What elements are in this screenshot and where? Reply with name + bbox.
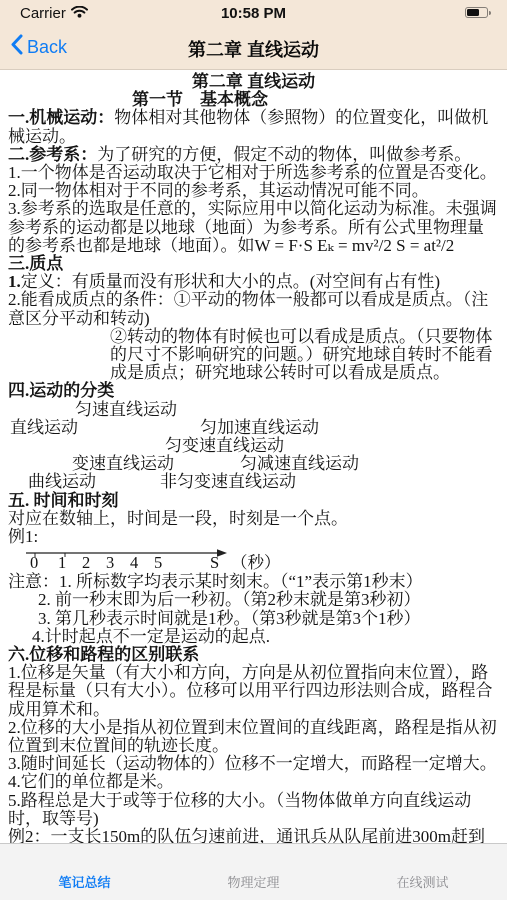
section-heading: 第二章 直线运动 [8, 73, 499, 91]
note-line: ②转动的物体有时候也可以看成是质点。（只要物体的尺寸不影响研究的问题。）研究地球… [8, 328, 499, 383]
section-heading: 五. 时间和时刻 [8, 492, 499, 510]
note-line: 3. 第几秒表示时间就是1秒。（第3秒就是第3个1秒） [8, 610, 499, 628]
bold-term: 二.参考系： [8, 145, 97, 164]
tree-node: 变速直线运动 [72, 455, 174, 473]
note-line: 4.它们的单位都是米。 [8, 773, 499, 791]
tree-node: 匀速直线运动 [75, 401, 177, 419]
tree-node: 匀变速直线运动 [165, 437, 284, 455]
timeline-arrow-line [20, 547, 260, 559]
note-line: 5.路程总是大于或等于位移的大小。（当物体做单方向直线运动时，取等号) [8, 792, 499, 828]
tab-physics-theorems[interactable]: 物理定理 [169, 844, 338, 900]
note-line: 二.参考系：为了研究的方便，假定不动的物体，叫做参考系。 [8, 146, 499, 164]
notes-content: 第二章 直线运动第一节 基本概念一.机械运动：物体相对其他物体（参照物）的位置变… [0, 70, 507, 843]
bold-term: 1. [8, 272, 21, 291]
note-line: 2.位移的大小是指从初位置到末位置间的直线距离，路程是指从初位置到末位置间的轨迹… [8, 719, 499, 755]
status-bar: Carrier 10:58 PM [0, 0, 507, 27]
note-line: 1.位移是矢量（有大小和方向，方向是从初位置指向末位置），路程是标量（只有大小）… [8, 664, 499, 719]
tab-label: 在线测试 [396, 872, 448, 891]
note-line: 2. 前一秒末即为后一秒初。（第2秒末就是第3秒初） [8, 591, 499, 609]
timeline-number: 5 [154, 554, 162, 572]
clock: 10:58 PM [0, 5, 507, 22]
note-line: 4.计时起点不一定是运动的起点. [8, 628, 499, 646]
section-heading: 三.质点 [8, 255, 499, 273]
note-line: 1.定义：有质量而没有形状和大小的点。(对空间有占有性) [8, 273, 499, 291]
timeline-number: 3 [106, 554, 114, 572]
motion-classification-row: 变速直线运动匀减速直线运动 [8, 455, 499, 473]
note-line: 一.机械运动：物体相对其他物体（参照物）的位置变化，叫做机械运动。 [8, 109, 499, 145]
battery-icon [465, 7, 491, 18]
tree-node: 非匀变速直线运动 [160, 473, 296, 491]
timeline-end-label: S [210, 554, 219, 572]
timeline-number: 0 [30, 554, 38, 572]
note-line: 例1: [8, 528, 499, 546]
section-heading: 六.位移和路程的区别联系 [8, 646, 499, 664]
motion-classification-row: 匀变速直线运动 [8, 437, 499, 455]
motion-classification-row: 匀速直线运动 [8, 401, 499, 419]
section-heading: 四.运动的分类 [8, 382, 499, 400]
timeline-number: 1 [58, 554, 66, 572]
note-line: 2.能看成质点的条件：①平动的物体一般都可以看成是质点。（注意区分平动和转动) [8, 291, 499, 327]
timeline-axis: 012345S（秒） [20, 546, 499, 573]
page-title: 第二章 直线运动 [0, 36, 507, 62]
tab-bar: 笔记总结 物理定理 在线测试 [0, 843, 507, 900]
bold-term: 一.机械运动： [8, 108, 114, 127]
tab-notes-summary[interactable]: 笔记总结 [0, 844, 169, 900]
section-heading: 第一节 基本概念 [132, 91, 499, 109]
tab-online-test[interactable]: 在线测试 [338, 844, 507, 900]
note-line: 1.一个物体是否运动取决于它相对于所选参考系的位置是否变化。 [8, 164, 499, 182]
tree-node: 匀减速直线运动 [240, 455, 359, 473]
tree-node: 直线运动 [10, 419, 78, 437]
tree-node: 匀加速直线运动 [200, 419, 319, 437]
timeline-number: 2 [82, 554, 90, 572]
tree-node: 曲线运动 [28, 473, 96, 491]
note-line: 3.随时间延长（运动物体的）位移不一定增大，而路程一定增大。 [8, 755, 499, 773]
tab-label: 物理定理 [227, 872, 279, 891]
tab-label: 笔记总结 [58, 872, 110, 891]
note-line: 3.参考系的选取是任意的，实际应用中以简化运动为标准。未强调参考系的运动都是以地… [8, 200, 499, 255]
header: Carrier 10:58 PM [0, 0, 507, 70]
navigation-bar: Back 第二章 直线运动 [0, 27, 507, 70]
note-line: 例2：一支长150m的队伍匀速前进，通讯兵从队尾前进300m赶到队前并 [8, 828, 499, 843]
note-line: 注意：1. 所标数字均表示某时刻末。（“1”表示第1秒末） [8, 573, 499, 591]
note-line: 2.同一物体相对于不同的参考系，其运动情况可能不同。 [8, 182, 499, 200]
timeline-number: 4 [130, 554, 138, 572]
motion-classification-row: 直线运动匀加速直线运动 [8, 419, 499, 437]
motion-classification-row: 曲线运动非匀变速直线运动 [8, 473, 499, 491]
timeline-unit: （秒） [231, 554, 281, 572]
app-window: Carrier 10:58 PM [0, 0, 507, 900]
note-line: 对应在数轴上，时间是一段，时刻是一个点。 [8, 510, 499, 528]
